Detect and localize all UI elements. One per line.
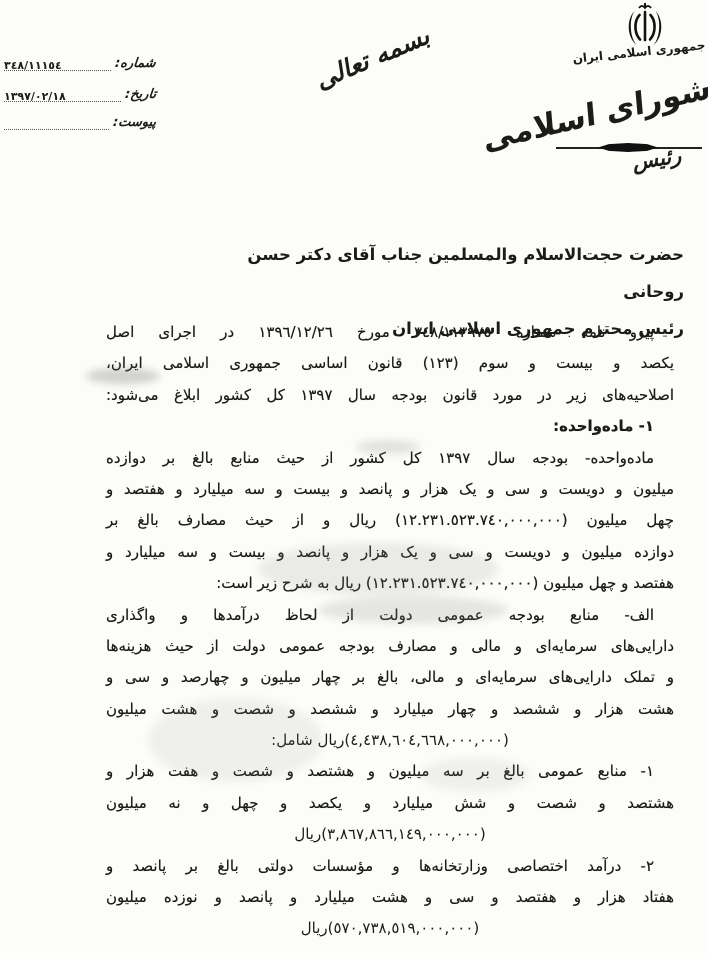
body-line: دوازده میلیون و دویست و سی و یک هزار و پ… (106, 537, 674, 568)
body-line: الف- منابع بودجه عمومی دولت از لحاظ درآم… (106, 600, 674, 631)
document-number-value: ٣٤٨/١١١٥٤ (4, 59, 62, 72)
document-date-row: تاریخ: ١٣٩٧/٠٢/١٨ (4, 86, 156, 102)
amount-line: (٣,٨٦٧,٨٦٦,١٤٩,٠٠٠,٠٠٠)ریال (106, 819, 674, 850)
attachment-label: پیوست: (108, 115, 157, 130)
letter-body: پیرو نامه شماره ٣٤٨/١١٣٩٧٥ مورخ ١٣٩٦/١٢/… (106, 317, 674, 945)
scanned-letter-page: شماره: ٣٤٨/١١١٥٤ تاریخ: ١٣٩٧/٠٢/١٨ پیوست… (0, 0, 708, 953)
body-line: هفتصد و چهل میلیون (١٢.٢٣١.٥٢٣.٧٤٠,٠٠٠,٠… (106, 568, 674, 599)
date-label: تاریخ: (120, 87, 157, 102)
attachment-dotted-line (4, 114, 109, 130)
attachment-row: پیوست: (4, 114, 156, 130)
body-line: ٢- درآمد اختصاصی وزارتخانه‌ها و مؤسسات د… (106, 851, 674, 882)
body-line: دارایی‌های سرمایه‌ای و مالی و مصارف بودج… (106, 631, 674, 662)
body-line: هشتصد و شصت و شش میلیارد و یکصد و چهل و … (106, 788, 674, 819)
besmele-calligraphy: بسمه تعالی (292, 13, 466, 135)
number-dotted-line: ٣٤٨/١١١٥٤ (4, 55, 111, 71)
body-line: ماده‌واحده- بودجه سال ١٣٩٧ کل کشور از حی… (106, 443, 674, 474)
body-line: ١- منابع عمومی بالغ بر سه میلیون و هشتصد… (106, 756, 674, 787)
document-date-value: ١٣٩٧/٠٢/١٨ (4, 90, 66, 103)
addressee-line-1: حضرت حجت‌الاسلام والمسلمین جناب آقای دکت… (200, 236, 684, 310)
document-number-row: شماره: ٣٤٨/١١١٥٤ (4, 55, 156, 71)
date-dotted-line: ١٣٩٧/٠٢/١٨ (4, 86, 121, 102)
body-line: هشت هزار و ششصد و چهار میلیارد و ششصد و … (106, 694, 674, 725)
section-heading: ١- ماده‌واحده: (106, 411, 674, 442)
body-line: و تملک دارایی‌های سرمایه‌ای و مالی، بالغ… (106, 662, 674, 693)
amount-line: (٥٧٠,٧٣٨,٥١٩,٠٠٠,٠٠٠)ریال (106, 913, 674, 944)
amount-line: (٤,٤٣٨,٦٠٤,٦٦٨,٠٠٠,٠٠٠)ریال شامل: (106, 725, 674, 756)
body-line: پیرو نامه شماره ٣٤٨/١١٣٩٧٥ مورخ ١٣٩٦/١٢/… (106, 317, 674, 348)
body-line: اصلاحیه‌های زیر در مورد قانون بودجه سال … (106, 380, 674, 411)
body-line: یکصد و بیست و سوم (١٢٣) قانون اساسی جمهو… (106, 348, 674, 379)
number-label: شماره: (111, 56, 157, 71)
body-line: چهل میلیون (١٢.٢٣١.٥٢٣.٧٤٠,٠٠٠,٠٠٠) ریال… (106, 505, 674, 536)
body-line: میلیون و دویست و سی و یک هزار و پانصد و … (106, 474, 674, 505)
body-line: هفتاد هزار و هفتصد و سی و هشت میلیارد و … (106, 882, 674, 913)
